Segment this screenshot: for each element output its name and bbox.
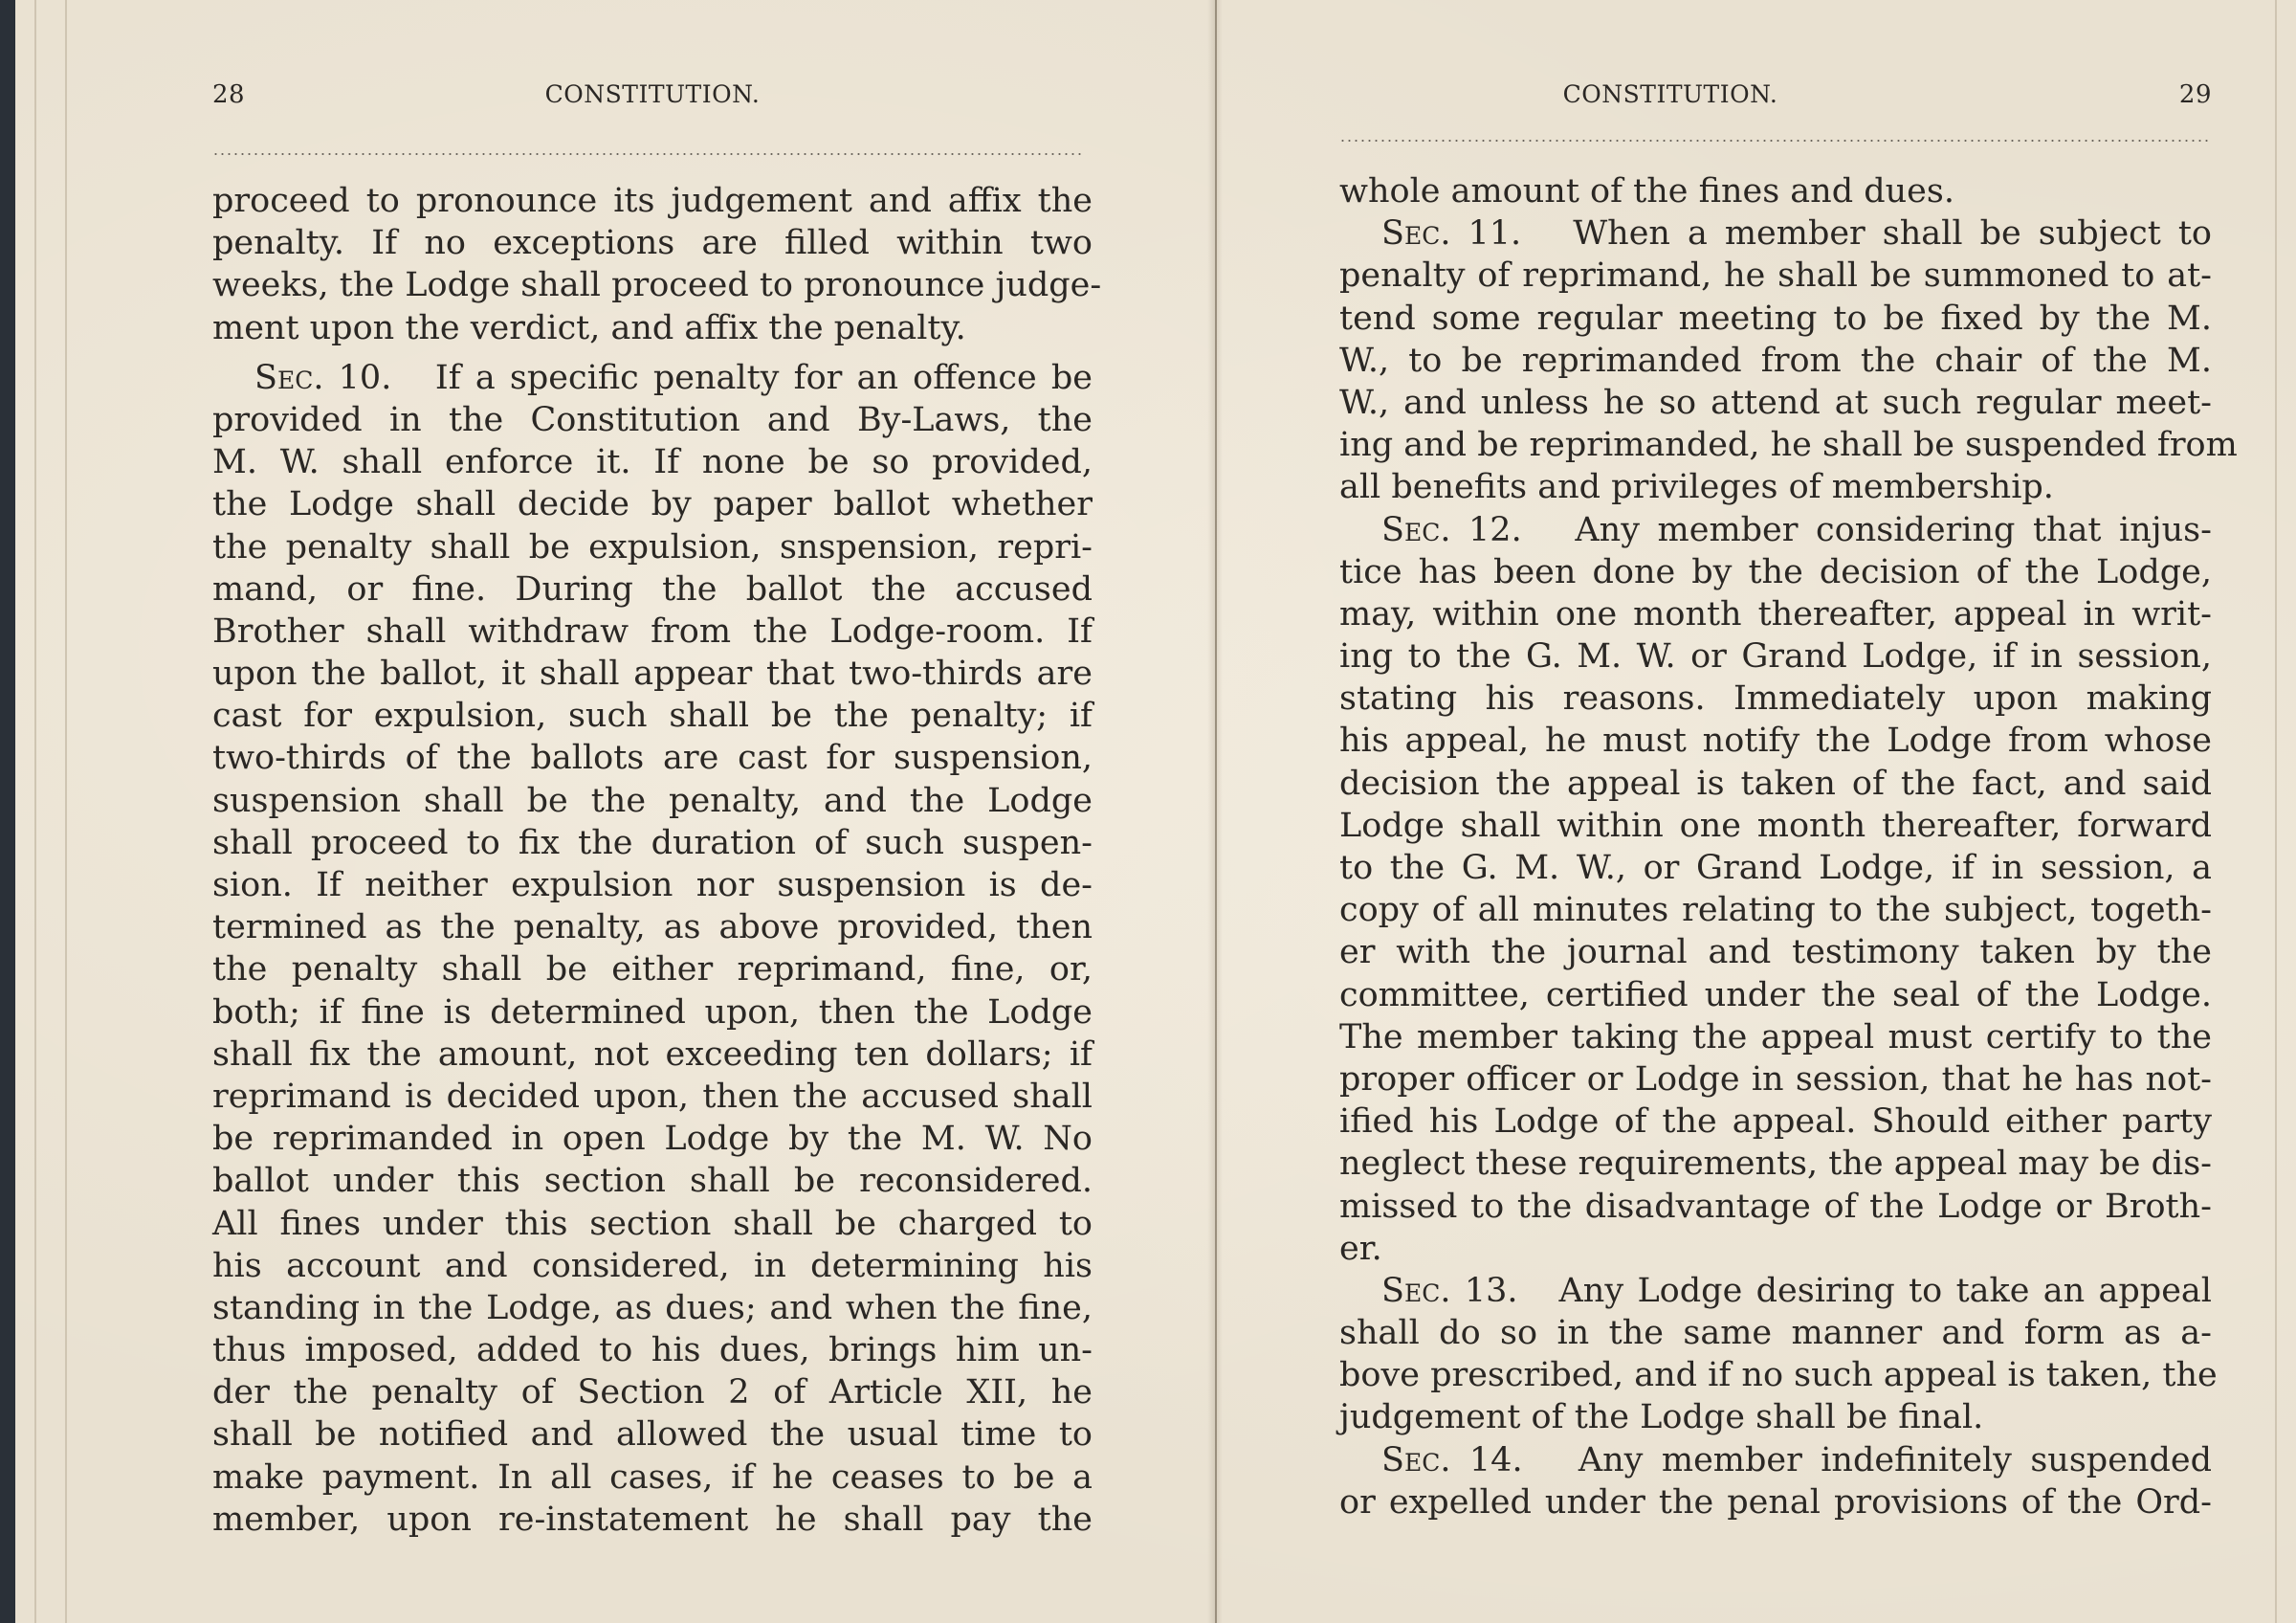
page-number: 29 xyxy=(2179,80,2212,109)
text-line: penalty of reprimand, he shall be summon… xyxy=(1339,255,2212,297)
text-line: sion. If neither expulsion nor suspensio… xyxy=(212,864,1093,906)
text-line: M. W. shall enforce it. If none be so pr… xyxy=(212,441,1093,483)
section-heading-line: Sec. 10. If a specific penalty for an of… xyxy=(212,357,1093,399)
text-line: judgement of the Lodge shall be final. xyxy=(1339,1396,2212,1438)
text-line: ballot under this section shall be recon… xyxy=(212,1160,1093,1202)
text-line: mand, or fine. During the ballot the acc… xyxy=(212,568,1093,611)
text-line: shall proceed to fix the duration of suc… xyxy=(212,822,1093,864)
text-line: shall do so in the same manner and form … xyxy=(1339,1312,2212,1354)
text-line: shall be notified and allowed the usual … xyxy=(212,1413,1093,1456)
text-line: copy of all minutes relating to the subj… xyxy=(1339,889,2212,931)
text-line: All fines under this section shall be ch… xyxy=(212,1203,1093,1245)
text-line: standing in the Lodge, as dues; and when… xyxy=(212,1287,1093,1329)
paragraph-gap xyxy=(212,349,1093,357)
text-line: weeks, the Lodge shall proceed to pronou… xyxy=(212,264,1093,306)
text-line: the penalty shall be either reprimand, f… xyxy=(212,948,1093,990)
text-line: be reprimanded in open Lodge by the M. W… xyxy=(212,1118,1093,1160)
text-line: ified his Lodge of the appeal. Should ei… xyxy=(1339,1101,2212,1143)
text-line: neglect these requirements, the appeal m… xyxy=(1339,1143,2212,1185)
text-line: suspension shall be the penalty, and the… xyxy=(212,780,1093,822)
text-line: or expelled under the penal provisions o… xyxy=(1339,1481,2212,1523)
running-head-title: CONSTITUTION. xyxy=(212,80,1093,108)
text-line: committee, certified under the seal of t… xyxy=(1339,974,2212,1016)
section-heading-line: Sec. 12. Any member considering that inj… xyxy=(1339,509,2212,551)
page-edge-left-outer xyxy=(34,0,36,1623)
page-body-text: proceed to pronounce its judgement and a… xyxy=(212,180,1093,1541)
text-line: der the penalty of Section 2 of Article … xyxy=(212,1371,1093,1413)
text-line: proper officer or Lodge in session, that… xyxy=(1339,1058,2212,1101)
text-line: the penalty shall be expulsion, snspensi… xyxy=(212,526,1093,568)
page-body-text: whole amount of the fines and dues.Sec. … xyxy=(1339,170,2212,1523)
text-line: tend some regular meeting to be fixed by… xyxy=(1339,298,2212,340)
dotted-rule xyxy=(212,153,1083,155)
text-line: to the G. M. W., or Grand Lodge, if in s… xyxy=(1339,847,2212,889)
section-label: Sec. 11. xyxy=(1381,214,1521,253)
running-head-title: CONSTITUTION. xyxy=(1234,80,2107,108)
text-line: Lodge shall within one month thereafter,… xyxy=(1339,805,2212,847)
section-label: Sec. 10. xyxy=(254,359,391,397)
text-line: termined as the penalty, as above provid… xyxy=(212,906,1093,948)
text-line: ment upon the verdict, and affix the pen… xyxy=(212,307,1093,349)
text-line: the Lodge shall decide by paper ballot w… xyxy=(212,483,1093,525)
page-edge-left-inner xyxy=(65,0,67,1623)
text-line: Brother shall withdraw from the Lodge-ro… xyxy=(212,611,1093,653)
running-head-right: CONSTITUTION. 29 xyxy=(1339,80,2212,119)
text-line: whole amount of the fines and dues. xyxy=(1339,170,2212,212)
text-line: er with the journal and testimony taken … xyxy=(1339,931,2212,973)
text-line: both; if fine is determined upon, then t… xyxy=(212,991,1093,1034)
text-line: member, upon re-instatement he shall pay… xyxy=(212,1499,1093,1541)
gutter-fold-line xyxy=(1215,0,1217,1623)
text-line: cast for expulsion, such shall be the pe… xyxy=(212,695,1093,737)
section-label: Sec. 13. xyxy=(1381,1272,1517,1310)
text-line: shall fix the amount, not exceeding ten … xyxy=(212,1034,1093,1076)
text-line: proceed to pronounce its judgement and a… xyxy=(212,180,1093,222)
text-line: stating his reasons. Immediately upon ma… xyxy=(1339,678,2212,720)
text-line: er. xyxy=(1339,1228,2212,1270)
section-heading-line: Sec. 11. When a member shall be subject … xyxy=(1339,212,2212,255)
text-line: bove prescribed, and if no such appeal i… xyxy=(1339,1354,2212,1396)
text-line: penalty. If no exceptions are filled wit… xyxy=(212,222,1093,264)
text-line: missed to the disadvantage of the Lodge … xyxy=(1339,1186,2212,1228)
text-line: ing and be reprimanded, he shall be susp… xyxy=(1339,424,2212,466)
text-line: make payment. In all cases, if he ceases… xyxy=(212,1456,1093,1499)
text-line: upon the ballot, it shall appear that tw… xyxy=(212,653,1093,695)
text-line: all benefits and privileges of membershi… xyxy=(1339,466,2212,508)
running-head-left: 28 CONSTITUTION. xyxy=(212,80,1093,119)
page-edge-right-inner xyxy=(2275,0,2277,1623)
section-heading-line: Sec. 14. Any member indefinitely suspend… xyxy=(1339,1439,2212,1481)
section-label: Sec. 14. xyxy=(1381,1441,1523,1479)
text-line: thus imposed, added to his dues, brings … xyxy=(212,1329,1093,1371)
dotted-rule xyxy=(1339,140,2212,142)
section-heading-line: Sec. 13. Any Lodge desiring to take an a… xyxy=(1339,1270,2212,1312)
text-line: decision the appeal is taken of the fact… xyxy=(1339,763,2212,805)
text-line: ing to the G. M. W. or Grand Lodge, if i… xyxy=(1339,635,2212,678)
text-line: The member taking the appeal must certif… xyxy=(1339,1016,2212,1058)
text-line: W., to be reprimanded from the chair of … xyxy=(1339,340,2212,382)
text-line: two-thirds of the ballots are cast for s… xyxy=(212,737,1093,779)
text-line: tice has been done by the decision of th… xyxy=(1339,551,2212,593)
section-label: Sec. 12. xyxy=(1381,511,1522,549)
text-line: reprimand is decided upon, then the accu… xyxy=(212,1076,1093,1118)
text-line: his account and considered, in determini… xyxy=(212,1245,1093,1287)
text-line: may, within one month thereafter, appeal… xyxy=(1339,593,2212,635)
text-line: his appeal, he must notify the Lodge fro… xyxy=(1339,720,2212,762)
text-line: W., and unless he so attend at such regu… xyxy=(1339,382,2212,424)
text-line: provided in the Constitution and By-Laws… xyxy=(212,399,1093,441)
book-spread: 28 CONSTITUTION. proceed to pronounce it… xyxy=(15,0,2296,1623)
